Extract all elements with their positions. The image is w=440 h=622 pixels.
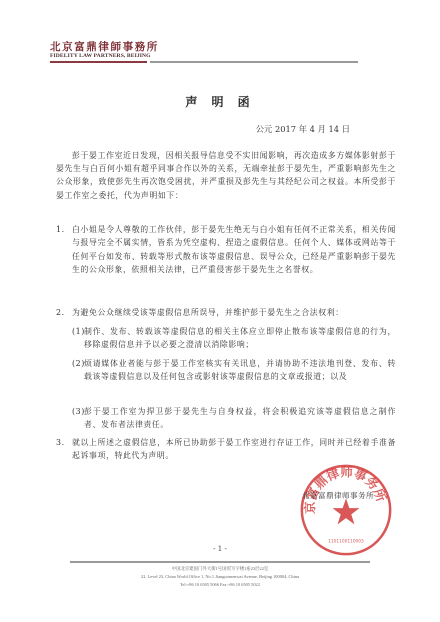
subitem-number: (1) <box>72 325 85 338</box>
signature: 北京富鼎律师事务所 <box>302 490 374 501</box>
seal-number: 1101100110003 <box>328 539 364 545</box>
logo-underline <box>50 61 147 63</box>
subitem-text: 烦请媒体业者能与彭于晏工作室核实有关讯息，并请协助不违法地刊登、发布、转载该等虚… <box>84 357 396 384</box>
subitem-text: 彭于晏工作室为捍卫彭于晏先生与自身权益，将会积极追究该等虚假信息之制作者、发布者… <box>84 405 396 432</box>
subitem-text: 制作、发布、转载该等虚假信息的相关主体应立即停止散布该等虚假信息的行为，移除虚假… <box>84 325 396 352</box>
statement-item-2: 2. 为避免公众继续受该等虚假信息所误导，并维护彭于晏先生之合法权利： <box>56 306 396 319</box>
footer-address-cn: 中国北京建国门外大街1号国贸写字楼1座23层22室 <box>0 565 440 573</box>
subitem-number: (2) <box>72 357 85 370</box>
statement-subitem-3: (3) 彭于晏工作室为捍卫彭于晏先生与自身权益，将会积极追究该等虚假信息之制作者… <box>72 405 396 432</box>
item-number: 3. <box>56 436 70 449</box>
firm-logo: 北京富鼎律師事務所 FIDELITY LAW PARTNERS, BEIJING <box>50 41 159 60</box>
item-text: 就以上所述之虚假信息，本所已协助彭于晏工作室进行存证工作，同时并已经着手准备起诉… <box>72 436 396 463</box>
item-text: 为避免公众继续受该等虚假信息所误导，并维护彭于晏先生之合法权利： <box>72 306 396 319</box>
statement-item-3: 3. 就以上所述之虚假信息，本所已协助彭于晏工作室进行存证工作，同时并已经着手准… <box>56 436 396 463</box>
document-date: 公元 2017 年 4 月 14 日 <box>256 123 350 135</box>
footer-divider <box>70 561 370 563</box>
statement-subitem-2: (2) 烦请媒体业者能与彭于晏工作室核实有关讯息，并请协助不违法地刊登、发布、转… <box>72 357 396 384</box>
official-seal-icon: 京富鼎律师事务所 1101100110003 <box>298 462 394 558</box>
intro-paragraph: 彭于晏工作室近日发现，因相关报导信息受不实旧闻影响，再次造成多方媒体影射彭于晏先… <box>56 149 396 202</box>
firm-name-cn: 北京富鼎律師事務所 <box>50 41 159 53</box>
statement-subitem-1: (1) 制作、发布、转载该等虚假信息的相关主体应立即停止散布该等虚假信息的行为，… <box>72 325 396 352</box>
header-divider <box>150 61 358 63</box>
footer-address-en: 22, Level 23, China World Office 1, No.1… <box>0 573 440 581</box>
document-title: 声 明 函 <box>0 93 440 110</box>
item-number: 2. <box>56 306 70 319</box>
statement-item-1: 1. 白小姐是令人尊敬的工作伙伴，彭于晏先生绝无与白小姐有任何不正常关系，相关传… <box>56 223 396 276</box>
item-number: 1. <box>56 223 70 236</box>
item-text: 白小姐是令人尊敬的工作伙伴，彭于晏先生绝无与白小姐有任何不正常关系，相关传闻与报… <box>72 223 396 276</box>
footer-contact: Tel:+86 10 6505 5066 Fax:+86 10 6505 502… <box>0 581 440 589</box>
subitem-number: (3) <box>72 405 85 418</box>
firm-name-en: FIDELITY LAW PARTNERS, BEIJING <box>50 53 159 60</box>
